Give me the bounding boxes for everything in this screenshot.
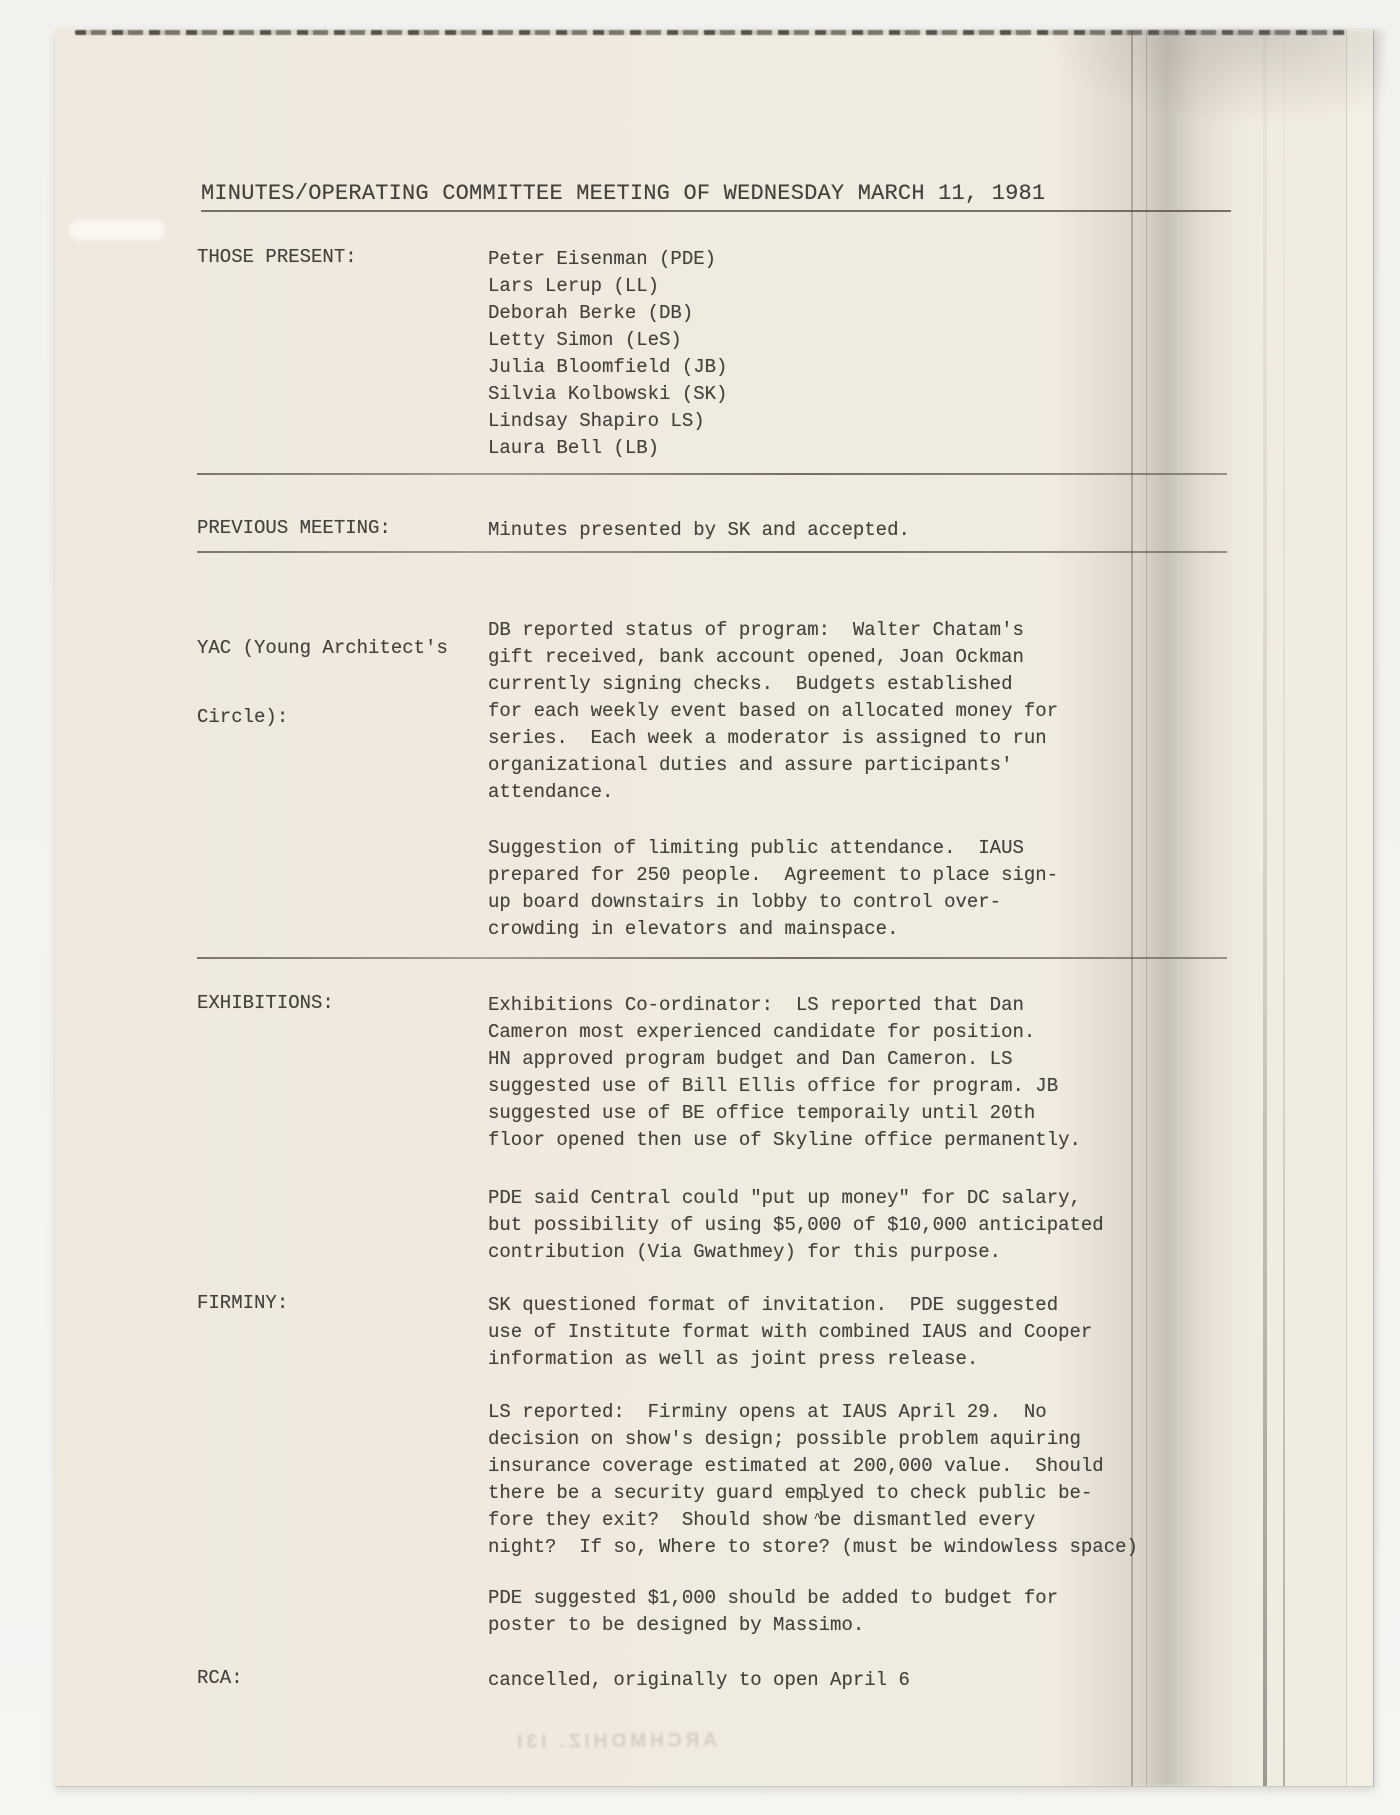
- attendee: Letty Simon (LeS): [488, 327, 727, 354]
- exhibitions-paragraph-2: PDE said Central could "put up money" fo…: [488, 1185, 1104, 1266]
- divider-rule: [197, 473, 1227, 475]
- caret-mark: ^: [814, 1505, 822, 1532]
- section-label-those-present: THOSE PRESENT:: [197, 246, 357, 268]
- attendee: Deborah Berke (DB): [488, 300, 727, 327]
- firminy-paragraph-2: LS reported: Firminy opens at IAUS April…: [488, 1399, 1138, 1561]
- document-content: MINUTES/OPERATING COMMITTEE MEETING OF W…: [55, 30, 1373, 1786]
- divider-rule: [197, 551, 1227, 553]
- attendee-list: Peter Eisenman (PDE) Lars Lerup (LL) Deb…: [488, 246, 727, 462]
- attendee: Laura Bell (LB): [488, 435, 727, 462]
- section-label-yac: YAC (Young Architect's Circle):: [197, 592, 448, 774]
- attendee: Lars Lerup (LL): [488, 273, 727, 300]
- exhibitions-paragraph-1: Exhibitions Co-ordinator: LS reported th…: [488, 992, 1081, 1154]
- scanned-document-page: MINUTES/OPERATING COMMITTEE MEETING OF W…: [55, 30, 1374, 1787]
- section-label-rca: RCA:: [197, 1667, 243, 1689]
- firminy-paragraph-3: PDE suggested $1,000 should be added to …: [488, 1585, 1058, 1639]
- attendee: Julia Bloomfield (JB): [488, 354, 727, 381]
- yac-paragraph-1: DB reported status of program: Walter Ch…: [488, 617, 1058, 806]
- bleedthrough-text: ARCHMOHIZ. I3I: [317, 1730, 717, 1756]
- yac-paragraph-2: Suggestion of limiting public attendance…: [488, 835, 1058, 943]
- section-label-exhibitions: EXHIBITIONS:: [197, 992, 334, 1014]
- previous-meeting-text: Minutes presented by SK and accepted.: [488, 517, 910, 544]
- typo-corrected-line: there be a security guard empo^lyed to c…: [488, 1480, 1138, 1507]
- rca-text: cancelled, originally to open April 6: [488, 1667, 910, 1694]
- section-label-previous-meeting: PREVIOUS MEETING:: [197, 517, 391, 539]
- divider-rule: [197, 957, 1227, 959]
- attendee: Silvia Kolbowski (SK): [488, 381, 727, 408]
- document-title: MINUTES/OPERATING COMMITTEE MEETING OF W…: [201, 181, 1231, 212]
- firminy-paragraph-1: SK questioned format of invitation. PDE …: [488, 1292, 1092, 1373]
- section-label-firminy: FIRMINY:: [197, 1292, 288, 1314]
- attendee: Peter Eisenman (PDE): [488, 246, 727, 273]
- attendee: Lindsay Shapiro LS): [488, 408, 727, 435]
